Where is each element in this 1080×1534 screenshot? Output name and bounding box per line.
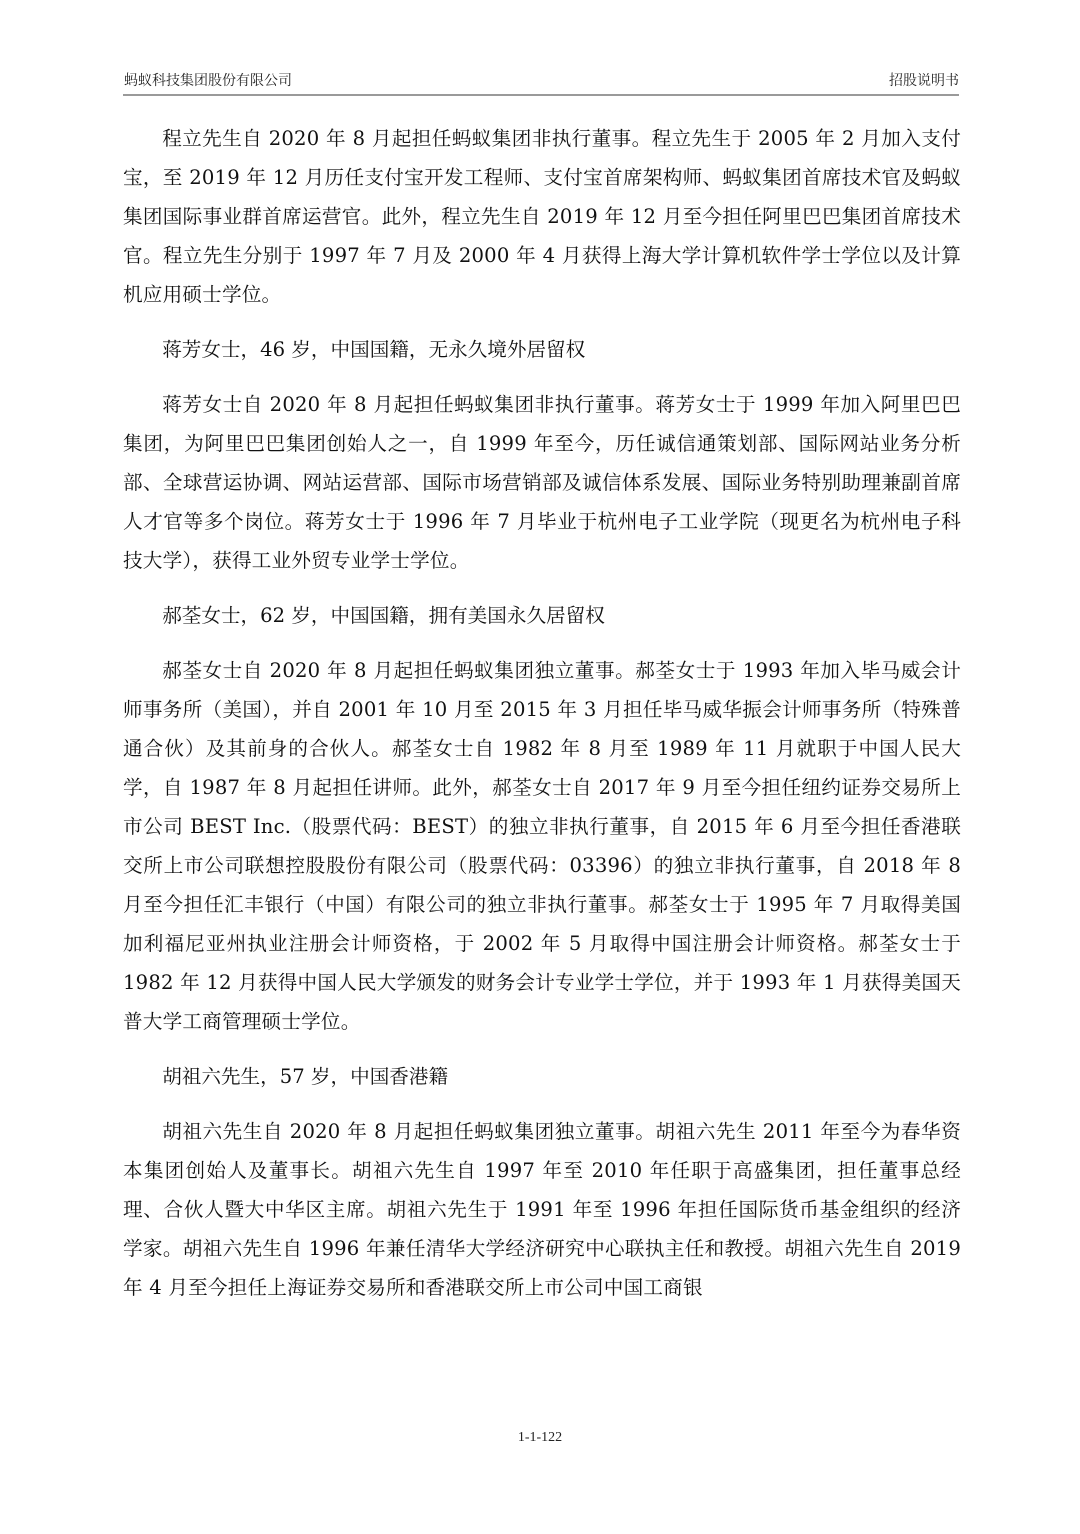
document-body: 程立先生自 2020 年 8 月起担任蚂蚁集团非执行董事。程立先生于 2005 … — [123, 119, 961, 1307]
header-company-name: 蚂蚁科技集团股份有限公司 — [124, 70, 292, 90]
paragraph-hu-zuliu-bio: 胡祖六先生自 2020 年 8 月起担任蚂蚁集团独立董事。胡祖六先生 2011 … — [123, 1112, 961, 1307]
page-number: 1-1-122 — [0, 1430, 1080, 1446]
person-heading-jiang-fang: 蒋芳女士，46 岁，中国国籍，无永久境外居留权 — [123, 330, 961, 369]
paragraph-jiang-fang-bio: 蒋芳女士自 2020 年 8 月起担任蚂蚁集团非执行董事。蒋芳女士于 1999 … — [123, 385, 961, 580]
header-document-type: 招股说明书 — [889, 70, 959, 90]
page-header: 蚂蚁科技集团股份有限公司 招股说明书 — [123, 66, 959, 96]
paragraph-hao-quan-bio: 郝荃女士自 2020 年 8 月起担任蚂蚁集团独立董事。郝荃女士于 1993 年… — [123, 651, 961, 1041]
paragraph-cheng-li-bio: 程立先生自 2020 年 8 月起担任蚂蚁集团非执行董事。程立先生于 2005 … — [123, 119, 961, 314]
person-heading-hu-zuliu: 胡祖六先生，57 岁，中国香港籍 — [123, 1057, 961, 1096]
person-heading-hao-quan: 郝荃女士，62 岁，中国国籍，拥有美国永久居留权 — [123, 596, 961, 635]
